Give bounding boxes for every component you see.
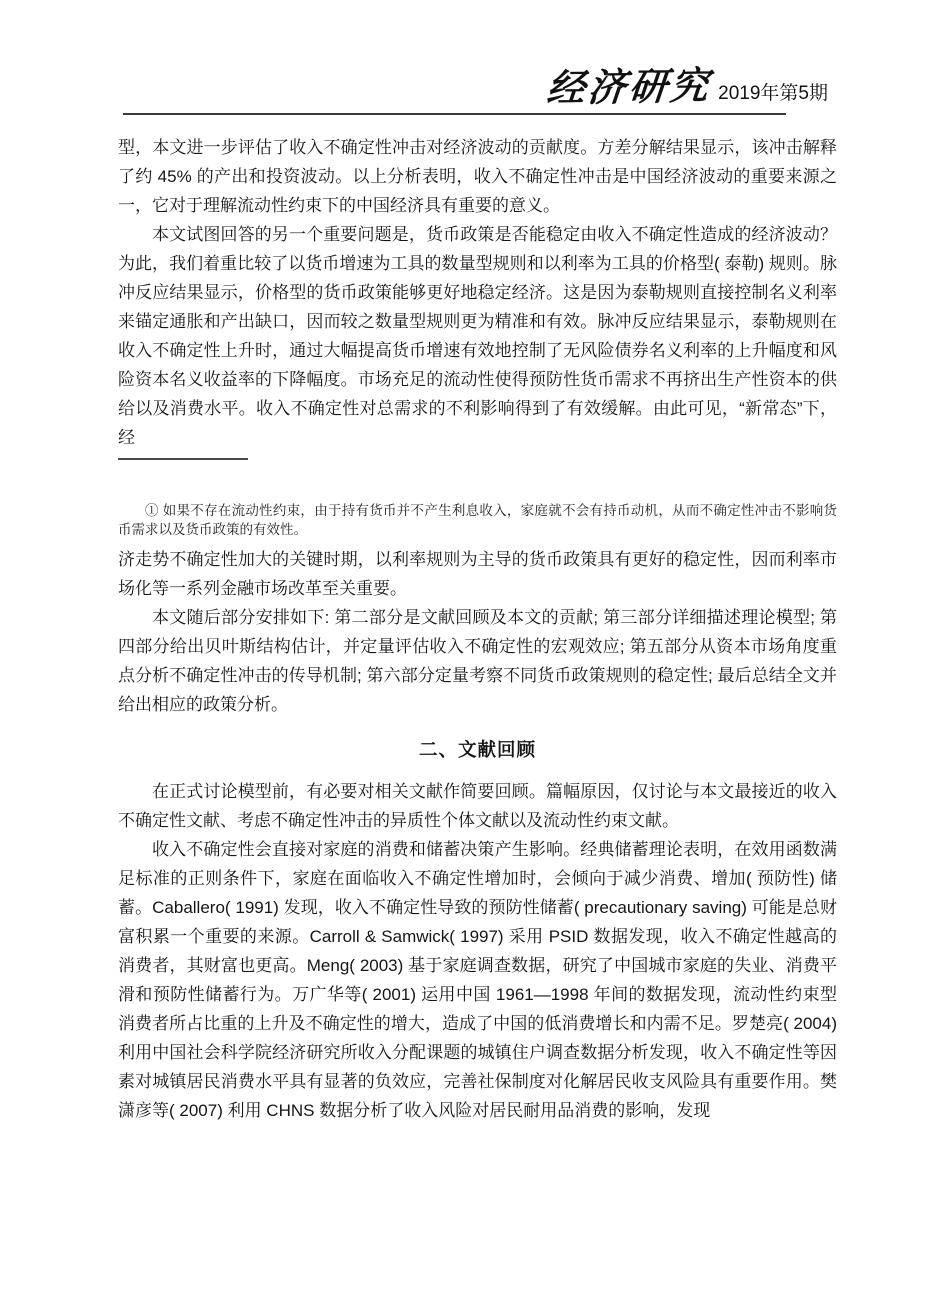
body-paragraph: 在正式讨论模型前，有必要对相关文献作简要回顾。篇幅原因，仅讨论与本文最接近的收入… (118, 777, 837, 835)
article-body: 型，本文进一步评估了收入不确定性冲击对经济波动的贡献度。方差分解结果显示，该冲击… (118, 133, 837, 1125)
page-header: 经济研究 2019年第5期 (123, 66, 828, 108)
body-paragraph: 本文随后部分安排如下: 第二部分是文献回顾及本文的贡献; 第三部分详细描述理论模… (118, 603, 837, 719)
footnote-text: ① 如果不存在流动性约束，由于持有货币并不产生利息收入，家庭就不会有持币动机，从… (118, 501, 837, 539)
issue-label: 2019年第5期 (718, 83, 828, 108)
body-paragraph-continuation: 型，本文进一步评估了收入不确定性冲击对经济波动的贡献度。方差分解结果显示，该冲击… (118, 133, 837, 220)
body-paragraph: 本文试图回答的另一个重要问题是，货币政策是否能稳定由收入不确定性造成的经济波动？… (118, 220, 837, 452)
journal-logo: 经济研究 (545, 65, 713, 110)
body-paragraph: 收入不确定性会直接对家庭的消费和储蓄决策产生影响。经典储蓄理论表明，在效用函数满… (118, 835, 837, 1125)
footnote-separator (118, 458, 248, 460)
body-paragraph-continuation: 济走势不确定性加大的关键时期，以利率规则为主导的货币政策具有更好的稳定性，因而利… (118, 545, 837, 603)
section-heading: 二、文献回顾 (118, 735, 837, 764)
journal-page: 经济研究 2019年第5期 型，本文进一步评估了收入不确定性冲击对经济波动的贡献… (0, 0, 950, 1290)
header-rule (123, 113, 786, 115)
